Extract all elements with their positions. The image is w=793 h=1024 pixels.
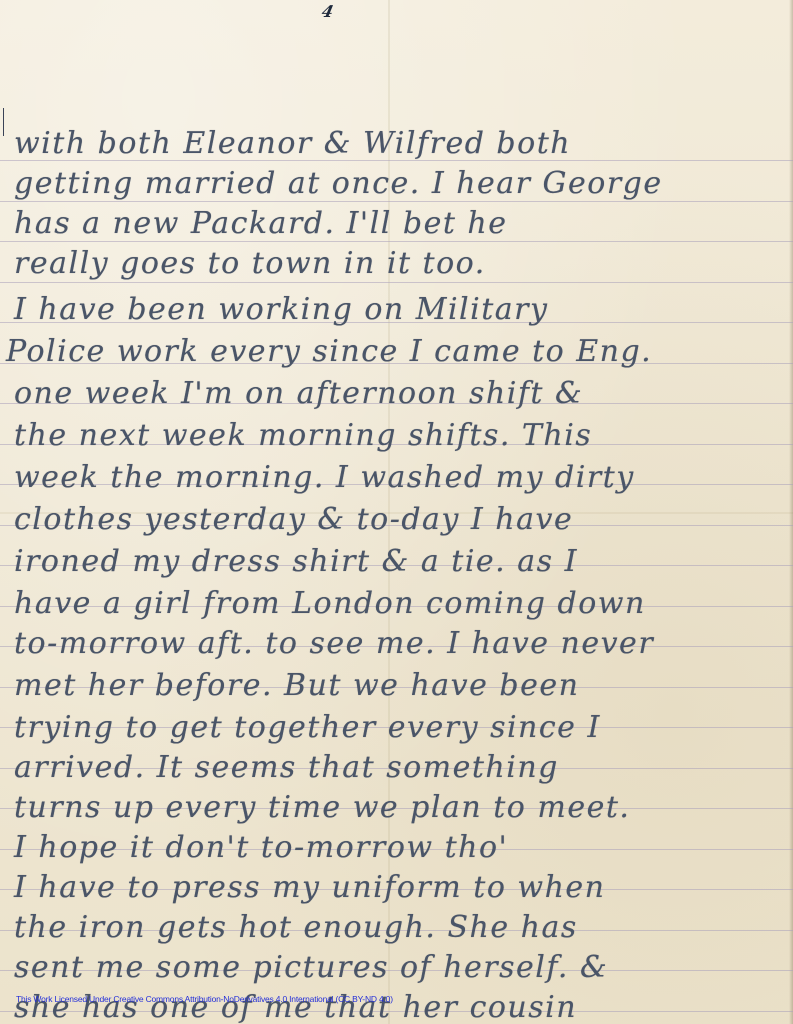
letter-line: clothes yesterday & to-day I have	[14, 502, 573, 537]
letter-line: the next week morning shifts. This	[14, 418, 592, 453]
letter-line: week the morning. I washed my dirty	[14, 460, 635, 495]
ruled-line	[0, 241, 793, 242]
letter-line: to-morrow aft. to see me. I have never	[14, 626, 654, 661]
letter-line: one week I'm on afternoon shift &	[14, 376, 583, 411]
letter-line: ironed my dress shirt & a tie. as I	[14, 544, 578, 579]
letter-line: the iron gets hot enough. She has	[14, 910, 578, 945]
letter-line: have a girl from London coming down	[14, 586, 646, 621]
ruled-line	[0, 282, 793, 283]
paper-right-edge	[789, 0, 793, 1024]
letter-line: has a new Packard. I'll bet he	[14, 206, 508, 241]
letter-line: sent me some pictures of herself. &	[14, 950, 608, 985]
letter-line: Police work every since I came to Eng.	[6, 334, 652, 369]
letter-line: trying to get together every since I	[14, 710, 601, 745]
ruled-line	[0, 201, 793, 202]
letter-line: I have to press my uniform to when	[14, 870, 606, 905]
page-number: 4	[320, 2, 335, 21]
letter-page: 4 with both Eleanor & Wilfred both getti…	[0, 0, 793, 1024]
letter-line: turns up every time we plan to meet.	[14, 790, 630, 825]
letter-line: arrived. It seems that something	[14, 750, 559, 785]
letter-line: getting married at once. I hear George	[14, 166, 663, 201]
letter-line: met her before. But we have been	[14, 668, 579, 703]
letter-line: really goes to town in it too.	[14, 246, 486, 281]
faded-bleedthrough-writing	[59, 8, 66, 28]
letter-line: I hope it don't to-morrow tho'	[14, 830, 508, 865]
letter-line: I have been working on Military	[14, 292, 548, 327]
license-notice: This Work Licensed Under Creative Common…	[16, 994, 393, 1004]
letter-line: with both Eleanor & Wilfred both	[14, 126, 571, 161]
margin-mark	[3, 108, 4, 136]
